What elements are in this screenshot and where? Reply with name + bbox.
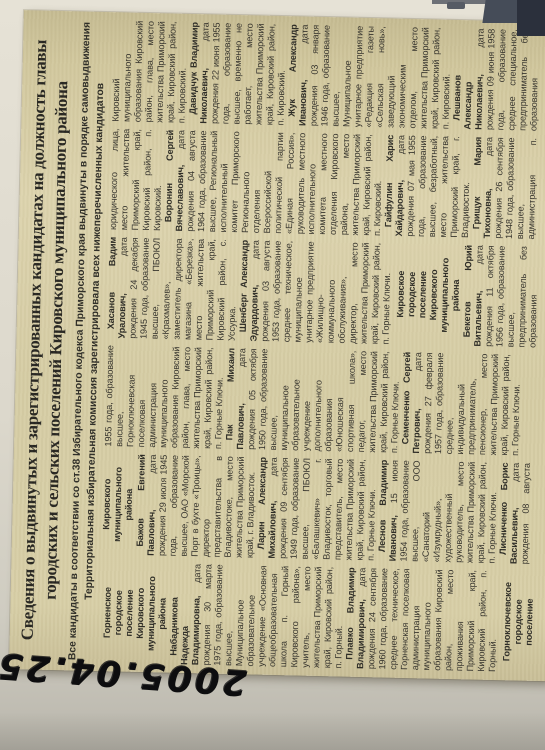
- candidate-name: Хасанов Вадим Уралович,: [106, 237, 129, 339]
- candidate-name: Плавко Владимир Владимирович,: [344, 567, 367, 669]
- candidate-paragraph: Плавко Владимир Владимирович, дата рожде…: [344, 567, 500, 672]
- candidate-paragraph: Семенченко Сергей Петрович, дата рождени…: [400, 352, 523, 456]
- candidate-name: Пак Михаил Павлович,: [224, 348, 247, 450]
- candidate-paragraph: Гайфулин Харис Хайдарович, дата рождения…: [383, 135, 473, 238]
- candidate-name: Лешванов Александр Николаевич,: [452, 47, 486, 130]
- candidate-name: Давидчук Владимир Николаевич,: [188, 22, 211, 124]
- article-headline: Сведения о выдвинутых и зарегистрированн…: [16, 18, 75, 662]
- candidate-name: Воронин Сергей Вячеславович,: [163, 130, 186, 232]
- candidate-name: Леснов Владимир Иванович,: [377, 460, 399, 562]
- newspaper-clipping: Сведения о выдвинутых и зарегистрированн…: [9, 10, 545, 681]
- candidate-paragraph: Леснов Владимир Иванович, 15 июня 1954 г…: [377, 460, 500, 564]
- candidate-name: Лисниченко Борис Васильевич,: [498, 462, 521, 564]
- handwritten-date: 2005.04.25: [36, 626, 250, 702]
- section-title: Кировское городское поселение Кировского…: [395, 247, 463, 342]
- scan-dark-blotch: [517, 0, 545, 36]
- candidate-name: Семенченко Сергей Петрович,: [400, 352, 423, 454]
- candidate-paragraph: Пак Михаил Павлович, дата рождения 05 ок…: [224, 348, 402, 453]
- candidate-name: Грищук Мария Тихоновна,: [471, 137, 494, 239]
- candidate-name: Бекетов Юрий Витальевич,: [462, 245, 485, 347]
- candidate-paragraph: Бажов Евгений Павлович, дата рождения 29…: [135, 454, 258, 558]
- candidate-paragraph: Жук Александр Иванович, дата рождения 03…: [286, 24, 453, 129]
- candidate-paragraph: Ларин Александр Михайлович, дата рождени…: [256, 457, 379, 561]
- candidate-name: Гайфулин Харис Хайдарович,: [383, 135, 406, 237]
- candidate-name: Бажов Евгений Павлович,: [135, 454, 158, 556]
- candidate-name: Жук Александр Иванович,: [287, 24, 310, 126]
- candidate-name: Шенберг Александр Эдуардович,: [238, 240, 261, 342]
- scanned-album-page: Сведения о выдвинутых и зарегистрированн…: [0, 0, 545, 750]
- candidate-paragraph: Хасанов Вадим Уралович, дата рождения 24…: [106, 237, 240, 341]
- scan-dark-blotch: [447, 2, 465, 9]
- article-columns: Горненское городское поселение Кировског…: [98, 20, 545, 673]
- candidate-paragraph: Давидчук Владимир Николаевич, дата рожде…: [187, 22, 288, 126]
- candidate-paragraph: Воронин Сергей Вячеславович, дата рожден…: [163, 130, 385, 236]
- candidate-paragraph: Шенберг Александр Эдуардович, дата рожде…: [237, 240, 393, 345]
- scan-dark-blotch: [482, 0, 521, 23]
- scan-bottom-shadow: [0, 712, 545, 750]
- candidate-name: Ларин Александр Михайлович,: [256, 457, 279, 559]
